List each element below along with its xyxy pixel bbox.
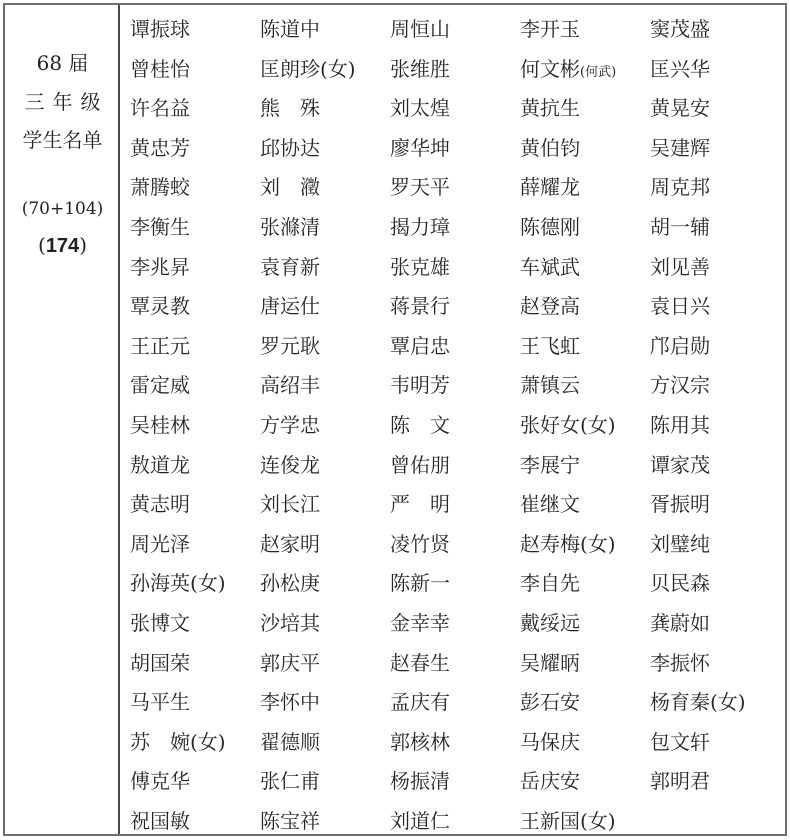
student-name: 刘璧纯 — [650, 525, 710, 564]
table-row: 傅克华张仁甫杨振清岳庆安郭明君 — [120, 762, 785, 801]
student-name: 匡朗珍(女) — [260, 50, 356, 89]
student-name: 王飞虹 — [520, 327, 580, 366]
table-row: 萧腾蛟刘 瀓罗天平薛耀龙周克邦 — [120, 168, 785, 207]
student-name: 崔继文 — [520, 485, 580, 524]
table-row: 敖道龙连俊龙曾佑朋李展宁谭家茂 — [120, 446, 785, 485]
table-row: 黄忠芳邱协达廖华坤黄伯钧吴建辉 — [120, 129, 785, 168]
student-name: 何文彬(何武) — [520, 50, 616, 92]
student-name: 罗元耿 — [260, 327, 320, 366]
student-name: 黄忠芳 — [130, 129, 190, 168]
student-name: 岳庆安 — [520, 762, 580, 801]
student-name: 胡国荣 — [130, 644, 190, 683]
table-row: 张博文沙培其金幸幸戴绥远龚蔚如 — [120, 604, 785, 643]
student-name: 周恒山 — [390, 10, 450, 49]
student-name: 方学忠 — [260, 406, 320, 445]
student-name: 李衡生 — [130, 208, 190, 247]
student-name: 周克邦 — [650, 168, 710, 207]
student-name: 揭力璋 — [390, 208, 450, 247]
alias-note: (何武) — [580, 65, 616, 80]
student-name: 袁日兴 — [650, 287, 710, 326]
student-name: 金幸幸 — [390, 604, 450, 643]
student-name: 萧镇云 — [520, 366, 580, 405]
student-name: 胥振明 — [650, 485, 710, 524]
student-name: 陈道中 — [260, 10, 320, 49]
student-roster-table: 68 届 三年级 学生名单 (70+104) (174) 谭振球陈道中周恒山李开… — [3, 3, 787, 836]
table-row: 黄志明刘长江严 明崔继文胥振明 — [120, 485, 785, 524]
table-row: 王正元罗元耿覃启忠王飞虹邝启勋 — [120, 327, 785, 366]
student-name: 黄抗生 — [520, 89, 580, 128]
student-name: 谭家茂 — [650, 446, 710, 485]
student-name: 王正元 — [130, 327, 190, 366]
student-name: 赵寿梅(女) — [520, 525, 616, 564]
student-name: 陈德刚 — [520, 208, 580, 247]
student-name: 连俊龙 — [260, 446, 320, 485]
student-name: 张滌清 — [260, 208, 320, 247]
student-name: 张维胜 — [390, 50, 450, 89]
student-name: 雷定威 — [130, 366, 190, 405]
table-row: 曾桂怡匡朗珍(女)张维胜何文彬(何武)匡兴华 — [120, 50, 785, 89]
student-name: 赵登高 — [520, 287, 580, 326]
total-paren-close: ) — [79, 233, 87, 257]
table-row: 周光泽赵家明凌竹贤赵寿梅(女)刘璧纯 — [120, 525, 785, 564]
student-name: 邝启勋 — [650, 327, 710, 366]
student-name: 张博文 — [130, 604, 190, 643]
student-name: 苏 婉(女) — [130, 723, 226, 762]
student-name: 方汉宗 — [650, 366, 710, 405]
student-name: 戴绥远 — [520, 604, 580, 643]
roster-header-cell: 68 届 三年级 学生名单 (70+104) (174) — [5, 5, 120, 834]
count-breakdown: (70+104) — [5, 199, 120, 219]
table-row: 孙海英(女)孙松庚陈新一李自先贝民森 — [120, 564, 785, 603]
student-name: 郭核林 — [390, 723, 450, 762]
table-row: 吴桂林方学忠陈 文张好女(女)陈用其 — [120, 406, 785, 445]
student-name: 刘 瀓 — [260, 168, 320, 207]
student-name: 刘道仁 — [390, 802, 450, 840]
student-name: 吴建辉 — [650, 129, 710, 168]
student-name: 曾桂怡 — [130, 50, 190, 89]
student-name: 龚蔚如 — [650, 604, 710, 643]
student-name: 陈宝祥 — [260, 802, 320, 840]
student-name: 吴耀昞 — [520, 644, 580, 683]
student-name: 祝国敏 — [130, 802, 190, 840]
student-name: 李怀中 — [260, 683, 320, 722]
student-name: 覃灵教 — [130, 287, 190, 326]
table-row: 覃灵教唐运仕蒋景行赵登高袁日兴 — [120, 287, 785, 326]
student-name: 蒋景行 — [390, 287, 450, 326]
student-name: 黄晃安 — [650, 89, 710, 128]
student-name: 车斌武 — [520, 248, 580, 287]
student-name: 匡兴华 — [650, 50, 710, 89]
table-row: 祝国敏陈宝祥刘道仁王新国(女) — [120, 802, 785, 840]
student-name: 李振怀 — [650, 644, 710, 683]
student-name: 黄志明 — [130, 485, 190, 524]
student-name: 张好女(女) — [520, 406, 616, 445]
student-name: 高绍丰 — [260, 366, 320, 405]
total-number: 174 — [46, 235, 79, 257]
table-row: 谭振球陈道中周恒山李开玉窦茂盛 — [120, 10, 785, 49]
student-name: 凌竹贤 — [390, 525, 450, 564]
student-name: 张仁甫 — [260, 762, 320, 801]
student-name: 唐运仕 — [260, 287, 320, 326]
student-name: 杨振清 — [390, 762, 450, 801]
student-name: 沙培其 — [260, 604, 320, 643]
roster-title: 学生名单 — [5, 124, 120, 153]
student-name: 胡一辅 — [650, 208, 710, 247]
student-name: 严 明 — [390, 485, 450, 524]
student-name: 萧腾蛟 — [130, 168, 190, 207]
student-name: 许名益 — [130, 89, 190, 128]
table-row: 许名益熊 殊刘太煌黄抗生黄晃安 — [120, 89, 785, 128]
student-name: 傅克华 — [130, 762, 190, 801]
student-name: 黄伯钧 — [520, 129, 580, 168]
student-name: 曾佑朋 — [390, 446, 450, 485]
student-name: 孟庆有 — [390, 683, 450, 722]
student-name: 熊 殊 — [260, 89, 320, 128]
table-row: 雷定威高绍丰韦明芳萧镇云方汉宗 — [120, 366, 785, 405]
student-name: 刘太煌 — [390, 89, 450, 128]
table-row: 李衡生张滌清揭力璋陈德刚胡一辅 — [120, 208, 785, 247]
table-row: 马平生李怀中孟庆有彭石安杨育秦(女) — [120, 683, 785, 722]
student-name: 吴桂林 — [130, 406, 190, 445]
student-name: 翟德顺 — [260, 723, 320, 762]
student-name: 窦茂盛 — [650, 10, 710, 49]
class-year-label: 68 届 — [5, 47, 120, 76]
student-name: 廖华坤 — [390, 129, 450, 168]
grade-label: 三年级 — [5, 86, 120, 115]
names-grid: 谭振球陈道中周恒山李开玉窦茂盛曾桂怡匡朗珍(女)张维胜何文彬(何武)匡兴华许名益… — [120, 5, 785, 834]
student-name: 覃启忠 — [390, 327, 450, 366]
student-name: 刘长江 — [260, 485, 320, 524]
student-name: 刘见善 — [650, 248, 710, 287]
student-name-text: 何文彬 — [520, 57, 580, 81]
student-name: 陈新一 — [390, 564, 450, 603]
student-name: 陈用其 — [650, 406, 710, 445]
student-name: 贝民森 — [650, 564, 710, 603]
student-name: 郭庆平 — [260, 644, 320, 683]
table-row: 苏 婉(女)翟德顺郭核林马保庆包文轩 — [120, 723, 785, 762]
student-name: 张克雄 — [390, 248, 450, 287]
student-name: 陈 文 — [390, 406, 450, 445]
student-name: 王新国(女) — [520, 802, 616, 840]
student-name: 谭振球 — [130, 10, 190, 49]
table-row: 李兆昇袁育新张克雄车斌武刘见善 — [120, 248, 785, 287]
student-name: 罗天平 — [390, 168, 450, 207]
student-name: 邱协达 — [260, 129, 320, 168]
student-name: 孙松庚 — [260, 564, 320, 603]
student-name: 彭石安 — [520, 683, 580, 722]
student-name: 马平生 — [130, 683, 190, 722]
student-name: 孙海英(女) — [130, 564, 226, 603]
student-name: 袁育新 — [260, 248, 320, 287]
table-row: 胡国荣郭庆平赵春生吴耀昞李振怀 — [120, 644, 785, 683]
student-name: 李自先 — [520, 564, 580, 603]
student-name: 李兆昇 — [130, 248, 190, 287]
student-name: 郭明君 — [650, 762, 710, 801]
student-name: 马保庆 — [520, 723, 580, 762]
student-name: 李展宁 — [520, 446, 580, 485]
student-name: 杨育秦(女) — [650, 683, 746, 722]
total-count: (174) — [5, 233, 120, 258]
student-name: 韦明芳 — [390, 366, 450, 405]
student-name: 薛耀龙 — [520, 168, 580, 207]
student-name: 赵家明 — [260, 525, 320, 564]
student-name: 李开玉 — [520, 10, 580, 49]
student-name: 周光泽 — [130, 525, 190, 564]
total-paren-open: ( — [38, 233, 46, 257]
student-name: 包文轩 — [650, 723, 710, 762]
student-name: 敖道龙 — [130, 446, 190, 485]
student-name: 赵春生 — [390, 644, 450, 683]
